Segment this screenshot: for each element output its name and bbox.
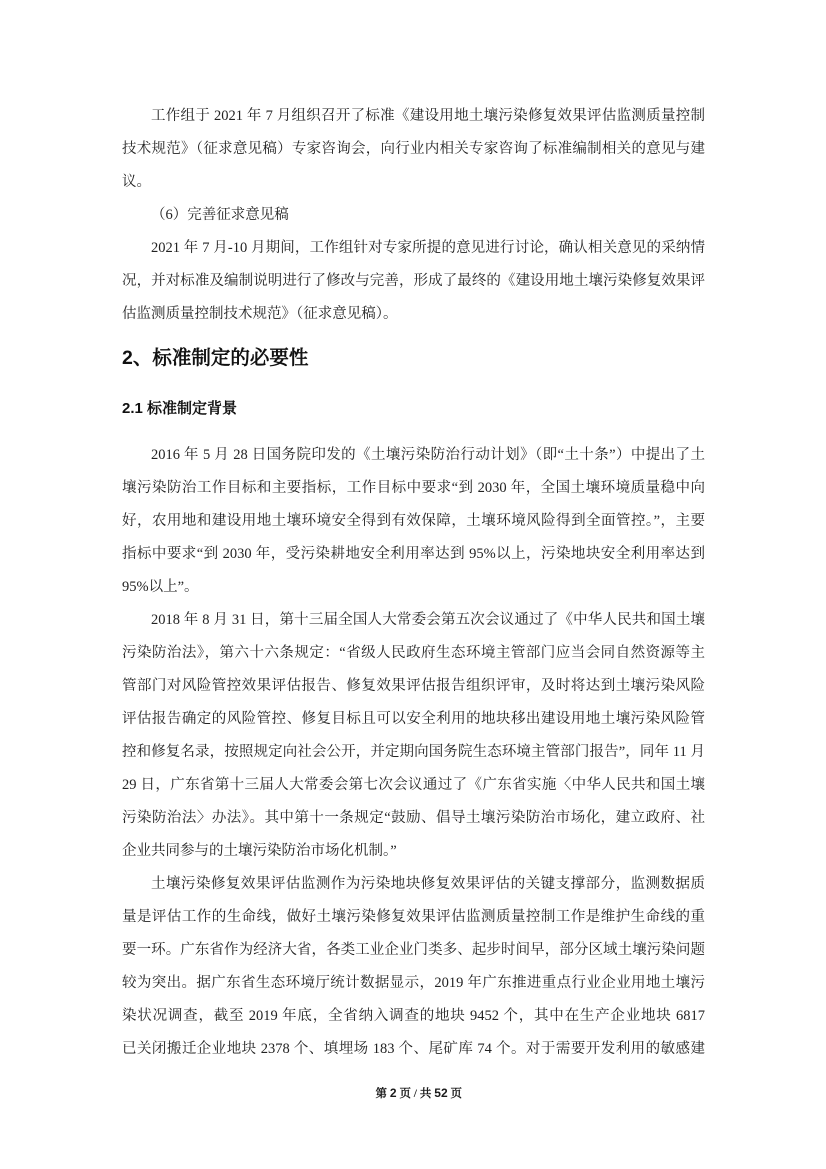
paragraph: 工作组于 2021 年 7 月组织召开了标准《建设用地土壤污染修复效果评估监测质…	[122, 100, 705, 199]
paragraph-line: 污染防治法》，第六十六条规定：“省级人民政府生态环境主管部门应当会同自然资源等主	[122, 637, 705, 670]
paragraph-line: 况，并对标准及编制说明进行了修改与完善，形成了最终的《建设用地土壤污染修复效果评	[122, 265, 705, 298]
paragraph-line: 技术规范》（征求意见稿）专家咨询会，向行业内相关专家咨询了标准编制相关的意见与建	[122, 133, 705, 166]
page-number: 2	[390, 1086, 397, 1100]
footer-label-mid: 页 / 共	[397, 1088, 435, 1100]
paragraph-line: 较为突出。据广东省生态环境厅统计数据显示，2019 年广东推进重点行业企业用地土…	[122, 967, 705, 1000]
paragraph-line: 估监测质量控制技术规范》（征求意见稿）。	[122, 298, 705, 331]
paragraph-line: 要一环。广东省作为经济大省，各类工业企业门类多、起步时间早，部分区域土壤污染问题	[122, 934, 705, 967]
paragraph-line: 29 日，广东省第十三届人大常委会第七次会议通过了《广东省实施〈中华人民共和国土…	[122, 769, 705, 802]
paragraph-line: 2018 年 8 月 31 日，第十三届全国人大常委会第五次会议通过了《中华人民…	[122, 604, 705, 637]
paragraph-line: （6）完善征求意见稿	[122, 199, 705, 232]
paragraph-line: 评估报告确定的风险管控、修复目标且可以安全利用的地块移出建设用地土壤污染风险管	[122, 703, 705, 736]
paragraph: 2021 年 7 月-10 月期间，工作组针对专家所提的意见进行讨论，确认相关意…	[122, 232, 705, 331]
paragraph-line: 管部门对风险管控效果评估报告、修复效果评估报告组织评审，及时将达到土壤污染风险	[122, 670, 705, 703]
footer-label-suffix: 页	[448, 1088, 462, 1100]
paragraph-line: 染状况调查，截至 2019 年底，全省纳入调查的地块 9452 个，其中在生产企…	[122, 1000, 705, 1033]
page-footer: 第 2 页 / 共 52 页	[0, 1060, 826, 1082]
paragraph-line: 议。	[122, 166, 705, 199]
document-body: 工作组于 2021 年 7 月组织召开了标准《建设用地土壤污染修复效果评估监测质…	[122, 100, 705, 1066]
paragraph: 土壤污染修复效果评估监测作为污染地块修复效果评估的关键支撑部分，监测数据质量是评…	[122, 868, 705, 1066]
paragraph-line: 土壤污染修复效果评估监测作为污染地块修复效果评估的关键支撑部分，监测数据质	[122, 868, 705, 901]
paragraph-line: 指标中要求“到 2030 年，受污染耕地安全利用率达到 95%以上，污染地块安全…	[122, 538, 705, 571]
paragraph-line: 污染防治法〉办法》。其中第十一条规定“鼓励、倡导土壤污染防治市场化，建立政府、社…	[122, 802, 705, 835]
paragraph-line: 壤污染防治工作目标和主要指标，工作目标中要求“到 2030 年，全国土壤环境质量…	[122, 472, 705, 505]
paragraph-line: 工作组于 2021 年 7 月组织召开了标准《建设用地土壤污染修复效果评估监测质…	[122, 100, 705, 133]
total-pages: 52	[434, 1086, 447, 1100]
paragraph: （6）完善征求意见稿	[122, 199, 705, 232]
paragraph-line: 控和修复名录，按照规定向社会公开，并定期向国务院生态环境主管部门报告”，同年 1…	[122, 736, 705, 769]
paragraph-line: 好，农用地和建设用地土壤环境安全得到有效保障，土壤环境风险得到全面管控。”，主要	[122, 505, 705, 538]
section-heading: 2、标准制定的必要性	[122, 340, 705, 376]
paragraph-line: 2021 年 7 月-10 月期间，工作组针对专家所提的意见进行讨论，确认相关意…	[122, 232, 705, 265]
paragraph-line: 量是评估工作的生命线，做好土壤污染修复效果评估监测质量控制工作是维护生命线的重	[122, 901, 705, 934]
subsection-heading: 2.1 标准制定背景	[122, 394, 705, 424]
paragraph: 2016 年 5 月 28 日国务院印发的《土壤污染防治行动计划》（即“土十条”…	[122, 439, 705, 604]
document-page: 工作组于 2021 年 7 月组织召开了标准《建设用地土壤污染修复效果评估监测质…	[0, 0, 826, 1169]
paragraph: 2018 年 8 月 31 日，第十三届全国人大常委会第五次会议通过了《中华人民…	[122, 604, 705, 868]
paragraph-line: 2016 年 5 月 28 日国务院印发的《土壤污染防治行动计划》（即“土十条”…	[122, 439, 705, 472]
paragraph-line: 95%以上”。	[122, 571, 705, 604]
paragraph-line: 企业共同参与的土壤污染防治市场化机制。”	[122, 835, 705, 868]
footer-label-prefix: 第	[376, 1088, 390, 1100]
